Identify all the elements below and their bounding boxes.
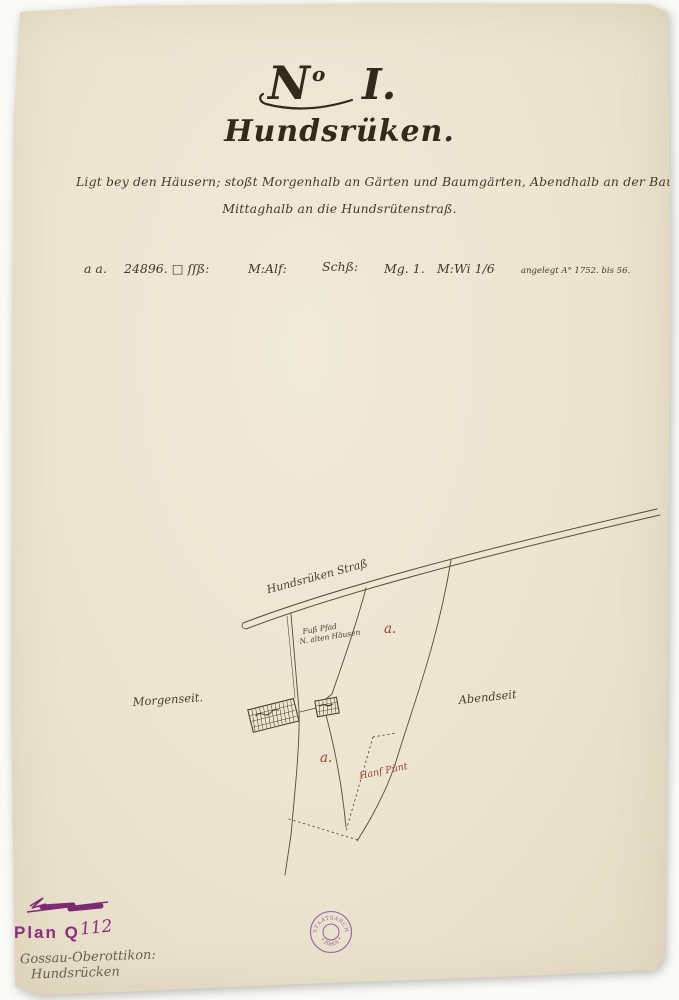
road-upper-line [243,509,657,623]
pencil-note-line-1: Gossau-Oberottikon: [20,948,156,968]
map-drawing: Hundsrüken Straß Morgenseit. Abendseit F… [0,0,679,1000]
stamp-text-top-path: STAATSARCHIV [312,915,349,934]
region-label-morgenseit: Morgenseit. [131,690,203,709]
building-inscription-scribble [255,709,279,718]
scanned-plan-page: No I. Hundsrüken. Ligt bey den Häusern; … [0,0,679,1000]
plan-number-title: No [268,56,327,110]
parcel-left-boundary [326,588,366,699]
lane-path [285,614,299,875]
measure-note-angelegt: angelegt A° 1752. bis 56. [521,266,630,276]
stamp-text-bottom-path: • Zürich • [319,936,344,947]
small-building-inscription-scribble [320,703,333,707]
measure-area: 24896. □ ſſß: [124,261,209,276]
plan-roman-numeral: I. [362,60,396,109]
stamp-text-bottom: • Zürich • [319,936,344,947]
description-line-2: Mittaghalb an die Hundsrütenstraß. [0,201,679,216]
road-lower-line [246,515,660,629]
place-title: Hundsrüken. [0,114,679,149]
parcel-letter-lower: a. [320,750,332,766]
pencil-note-line-2: Hundsrücken [31,964,120,982]
parcel-letter-upper: a. [384,621,396,637]
measure-aa: a a. [84,261,107,276]
footpath-label-line-2: N. alten Häusen [298,627,361,646]
building-connector-line [300,708,316,712]
measure-m-alf: M:Alf: [248,261,287,276]
plan-catalog-prefix: Plan Q [14,923,80,943]
parcel-right-boundary [357,560,451,841]
house-building-hatched [248,699,299,733]
plot-label-hanfpuent: Hanf Pünt [357,761,408,782]
dotted-plot-outline [289,733,396,840]
stamp-inner-circle [323,924,339,940]
struck-out-word-scribble [27,898,108,912]
region-label-abendseit: Abendseit [457,687,518,707]
description-line-1: Ligt bey den Häusern; stoßt Morgenhalb a… [76,174,679,189]
measure-mg: Mg. 1. [384,261,425,276]
title-superscript-o: o [312,62,327,86]
stamp-text-top: STAATSARCHIV [312,915,349,934]
paper-sheet-shadow: No I. Hundsrüken. Ligt bey den Häusern; … [0,0,679,1000]
measure-schss: Schß: [322,259,358,274]
paper-sheet: No I. Hundsrüken. Ligt bey den Häusern; … [0,0,679,1000]
measure-mwi: M:Wi 1/6 [437,261,495,276]
archive-stamp: STAATSARCHIV • Zürich • [311,912,352,953]
parcel-lower-boundary [326,715,346,827]
stamp-outer-circle [311,912,352,953]
small-building-hatched [315,697,339,717]
footpath-label-line-1: Fuß Pfad [301,622,338,636]
road-label: Hundsrüken Straß [264,557,368,597]
plan-catalog-number: 112 [79,916,113,939]
title-n: N [268,56,312,110]
road-end-cap [242,623,246,629]
lane-path-second-stroke [287,616,295,698]
